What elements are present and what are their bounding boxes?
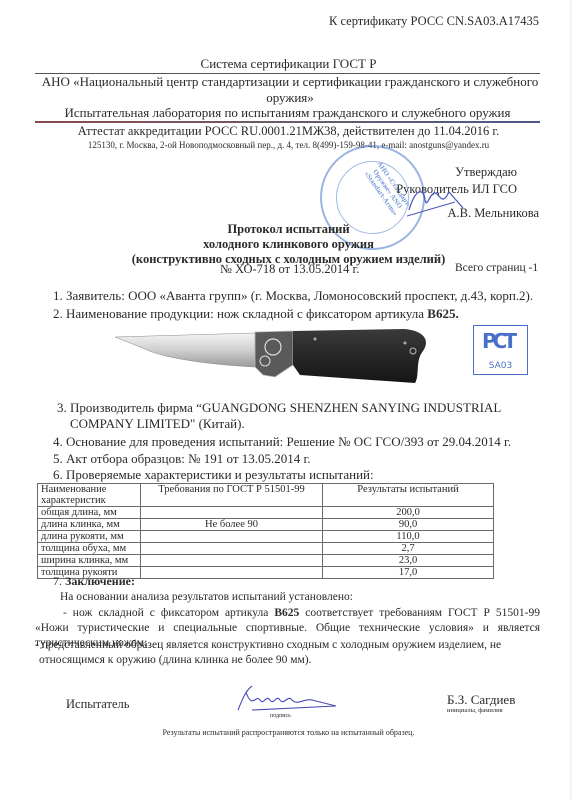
- table-row: толщина обуха, мм 2,7: [38, 543, 494, 555]
- table-cell: [141, 531, 323, 543]
- conclusion-title: Заключение:: [65, 574, 135, 588]
- name-label: инициалы, фамилия: [447, 707, 503, 714]
- certificate-reference: К сертификату РОСС CN.SA03.A17435: [329, 14, 539, 29]
- table-cell: толщина обуха, мм: [38, 543, 141, 555]
- protocol-title: Протокол испытаний холодного клинкового …: [0, 222, 577, 267]
- applicant: 1. Заявитель: ООО «Аванта групп» (г. Мос…: [53, 288, 533, 304]
- table-cell: 110,0: [323, 531, 494, 543]
- table-row: длина рукояти, мм 110,0: [38, 531, 494, 543]
- conclusion-paragraph-2: - представленный образец является констр…: [35, 638, 540, 668]
- tester-role: Испытатель: [66, 697, 129, 712]
- manufacturer-line: COMPANY LIMITED" (Китай).: [57, 416, 501, 432]
- protocol-number: № ХО-718 от 13.05.2014 г.: [220, 262, 359, 277]
- tester-name: Б.З. Сагдиев: [447, 692, 515, 708]
- conclusion-text: - нож складной с фиксатором артикула: [63, 607, 274, 619]
- signature-label: подпись: [270, 713, 291, 719]
- testing-basis: 4. Основание для проведения испытаний: Р…: [53, 434, 511, 450]
- table-cell: [141, 543, 323, 555]
- header-cell: Наименование характеристик: [38, 484, 141, 507]
- footnote: Результаты испытаний распространяются то…: [0, 728, 577, 737]
- table-cell: 200,0: [323, 507, 494, 519]
- table-cell: Не более 90: [141, 519, 323, 531]
- certification-system: Система сертификации ГОСТ Р: [0, 56, 577, 72]
- table-cell: [141, 567, 323, 579]
- approve-label: Утверждаю: [396, 164, 517, 181]
- manufacturer: 3. Производитель фирма “GUANGDONG SHENZH…: [57, 400, 501, 432]
- table-cell: общая длина, мм: [38, 507, 141, 519]
- conclusion-intro: На основании анализа результатов испытан…: [60, 591, 353, 603]
- director-signature-icon: [405, 180, 465, 220]
- table-row: ширина клинка, мм 23,0: [38, 555, 494, 567]
- conclusion-heading: 7. Заключение:: [53, 574, 135, 589]
- accreditation: Аттестат аккредитации РОСС RU.0001.21МЖ3…: [0, 124, 577, 139]
- address-contacts: 125130, г. Москва, 2-ой Новоподмосковный…: [0, 140, 577, 150]
- pct-code: SA03: [474, 361, 527, 371]
- table-cell: [141, 555, 323, 567]
- organization-name: АНО «Национальный центр стандартизации и…: [40, 74, 540, 106]
- title-line: холодного клинкового оружия: [0, 237, 577, 252]
- pct-certification-mark: PCT SA03: [473, 325, 528, 375]
- table-cell: 2,7: [323, 543, 494, 555]
- product-article: B625.: [427, 306, 458, 321]
- table-cell: 23,0: [323, 555, 494, 567]
- table-cell: длина рукояти, мм: [38, 531, 141, 543]
- conclusion-text: - представленный образец является констр…: [35, 638, 540, 653]
- page-count: Всего страниц -1: [455, 262, 538, 274]
- table-row: длина клинка, мм Не более 90 90,0: [38, 519, 494, 531]
- manufacturer-line: 3. Производитель фирма “GUANGDONG SHENZH…: [57, 400, 501, 416]
- table-cell: ширина клинка, мм: [38, 555, 141, 567]
- conclusion-number: 7.: [53, 574, 65, 588]
- laboratory-name: Испытательная лаборатория по испытаниям …: [35, 105, 540, 121]
- sampling-act: 5. Акт отбора образцов: № 191 от 13.05.2…: [53, 451, 311, 467]
- characteristics-heading: 6. Проверяемые характеристики и результа…: [53, 467, 374, 483]
- product-label: 2. Наименование продукции: нож складной …: [53, 306, 427, 321]
- pct-logo-icon: PCT: [482, 329, 513, 353]
- table-cell: 17,0: [323, 567, 494, 579]
- results-table: Наименование характеристик Требования по…: [37, 483, 494, 579]
- header-cell: Результаты испытаний: [323, 484, 494, 507]
- table-cell: 90,0: [323, 519, 494, 531]
- table-row: общая длина, мм 200,0: [38, 507, 494, 519]
- scan-edge: [568, 0, 572, 800]
- table-cell: [141, 507, 323, 519]
- table-cell: длина клинка, мм: [38, 519, 141, 531]
- tricolor-divider: [35, 121, 540, 123]
- knife-photo: [115, 327, 445, 387]
- conclusion-text: относящимся к оружию (длина клинка не бо…: [35, 653, 540, 668]
- table-header-row: Наименование характеристик Требования по…: [38, 484, 494, 507]
- conclusion-article: B625: [274, 607, 299, 619]
- header-cell: Требования по ГОСТ Р 51501-99: [141, 484, 323, 507]
- title-line: Протокол испытаний: [0, 222, 577, 237]
- tester-signature-icon: [232, 680, 342, 716]
- product-name: 2. Наименование продукции: нож складной …: [53, 306, 459, 322]
